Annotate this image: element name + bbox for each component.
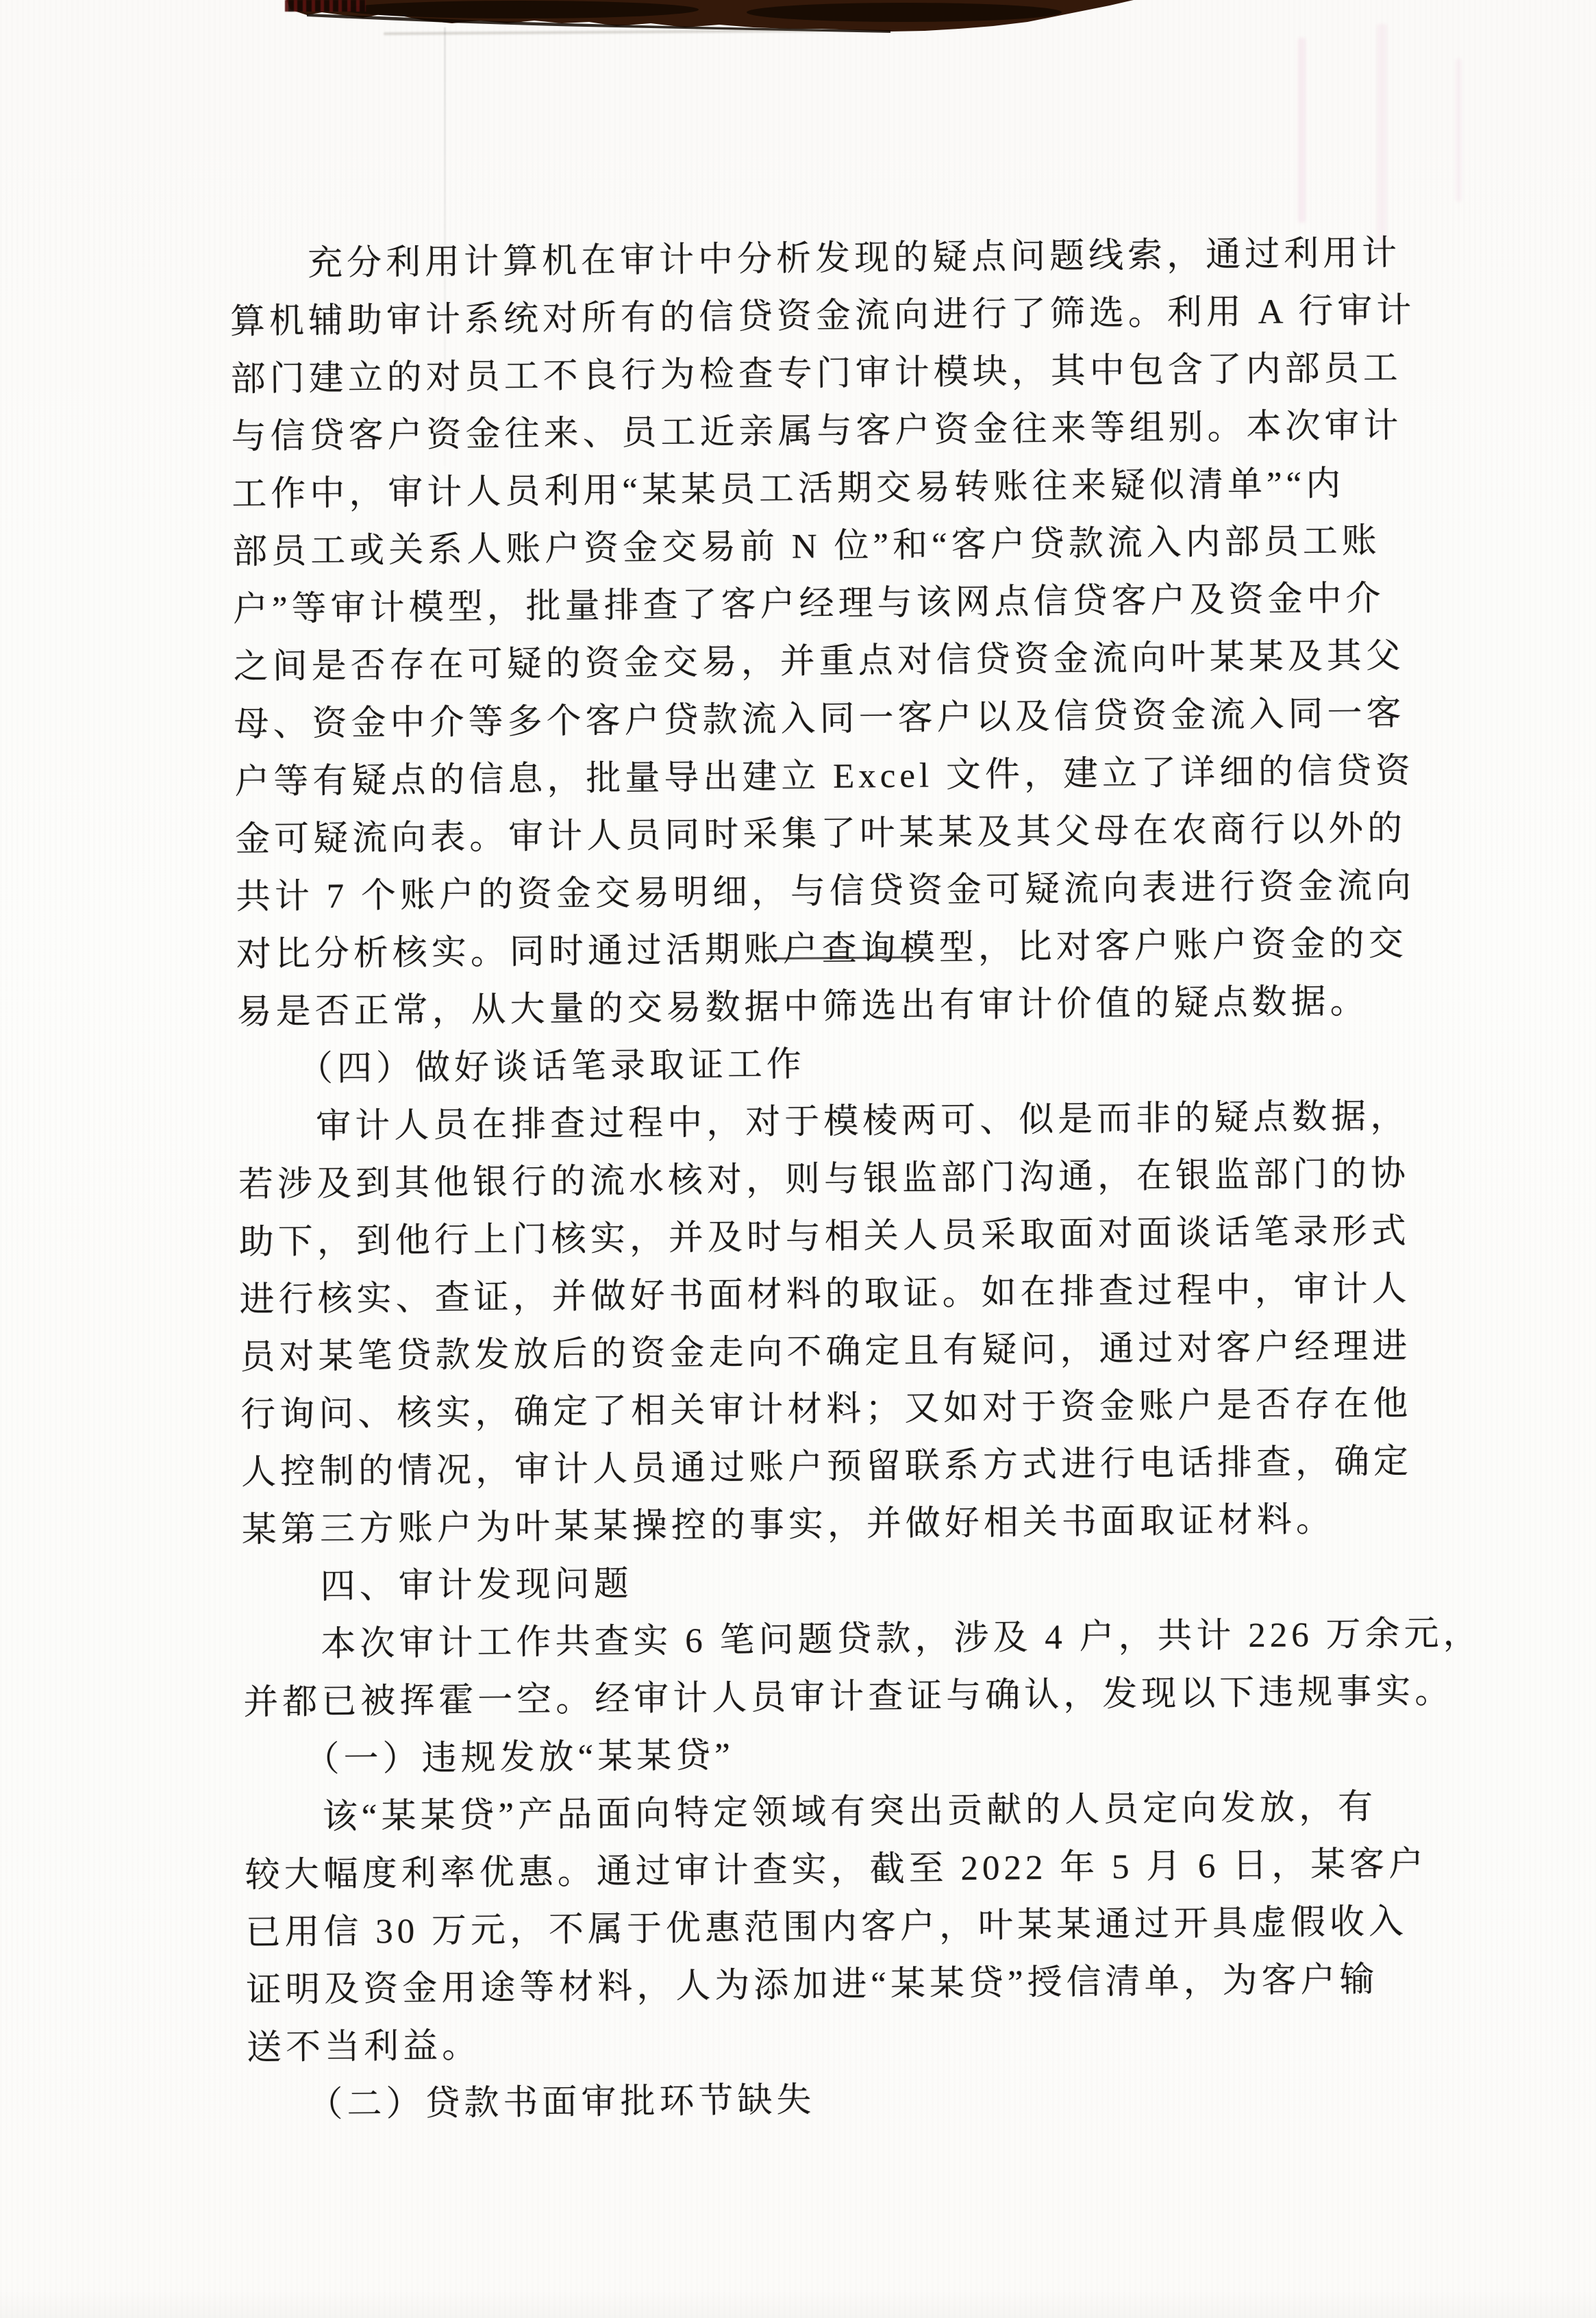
text-line: 户”等审计模型，批量排查了客户经理与该网点信贷客户及资金中介	[233, 570, 1414, 639]
text-line: 算机辅助审计系统对所有的信贷资金流向进行了筛选。利用 A 行审计	[230, 282, 1412, 351]
text-line: 已用信 30 万元，不属于优惠范围内客户，叶某某通过开具虚假收入	[245, 1893, 1427, 1962]
text-line: 助下，到他行上门核实，并及时与相关人员采取面对面谈话笔录形式	[238, 1203, 1420, 1272]
text-line: 户等有疑点的信息，批量导出建立 Excel 文件，建立了详细的信贷资	[234, 743, 1416, 812]
heading-line-finding-2: （二）贷款书面审批环节缺失	[247, 2066, 1429, 2135]
pink-scan-streak	[1377, 24, 1387, 250]
text-line: 某第三方账户为叶某某操控的事实，并做好相关书面取证材料。	[241, 1491, 1423, 1560]
pink-scan-streak	[1456, 58, 1462, 202]
scan-blob-artifact	[0, 0, 1596, 89]
text-line: 送不当利益。	[247, 2008, 1428, 2078]
text-line: 金可疑流向表。审计人员同时采集了叶某某及其父母在农商行以外的	[235, 800, 1417, 869]
bottom-page-shading	[0, 2291, 1596, 2318]
scanned-document-page: 充分利用计算机在审计中分析发现的疑点问题线索，通过利用计 算机辅助审计系统对所有…	[0, 0, 1596, 2318]
text-line: 本次审计工作共查实 6 笔问题贷款，涉及 4 户，共计 226 万余元，	[242, 1606, 1424, 1675]
text-line: 之间是否存在可疑的资金交易，并重点对信贷资金流向叶某某及其父	[233, 627, 1414, 697]
text-line: 与信贷客户资金往来、员工近亲属与客户资金往来等组别。本次审计	[231, 397, 1412, 466]
text-line: 进行核实、查证，并做好书面材料的取证。如在排查过程中，审计人	[239, 1260, 1421, 1330]
text-line: 对比分析核实。同时通过活期账户查询模型，比对客户账户资金的交	[236, 915, 1417, 984]
scan-blob-dark-spot	[747, 3, 1062, 22]
text-line: 母、资金中介等多个客户贷款流入同一客户以及信贷资金流入同一客	[234, 685, 1415, 754]
text-line: 若涉及到其他银行的流水核对，则与银监部门沟通，在银监部门的协	[238, 1145, 1420, 1214]
heading-line-chapter-4: 四、审计发现问题	[242, 1548, 1423, 1617]
text-line: 行询问、核实，确定了相关审计材料；又如对于资金账户是否存在他	[240, 1375, 1422, 1445]
text-line: 工作中，审计人员利用“某某员工活期交易转账往来疑似清单”“内	[232, 455, 1413, 524]
text-line: 并都已被挥霍一空。经审计人员审计查证与确认，发现以下违规事实。	[243, 1663, 1425, 1732]
text-line: 充分利用计算机在审计中分析发现的疑点问题线索，通过利用计	[229, 225, 1411, 294]
heading-line-section-4: （四）做好谈话笔录取证工作	[237, 1030, 1419, 1099]
text-line: 审计人员在排查过程中，对于模棱两可、似是而非的疑点数据，	[238, 1088, 1419, 1157]
text-line: 共计 7 个账户的资金交易明细，与信贷资金可疑流向表进行资金流向	[236, 858, 1417, 927]
scan-blob-dark-spot	[342, 1, 699, 18]
text-line: 部门建立的对员工不良行为检查专门审计模块，其中包含了内部员工	[230, 340, 1412, 409]
text-line: 员对某笔贷款发放后的资金走向不确定且有疑问，通过对客户经理进	[240, 1318, 1421, 1387]
text-line: 人控制的情况，审计人员通过账户预留联系方式进行电话排查，确定	[241, 1433, 1423, 1502]
text-line: 部员工或关系人账户资金交易前 N 位”和“客户贷款流入内部员工账	[232, 512, 1414, 582]
heading-line-finding-1: （一）违规发放“某某贷”	[244, 1721, 1425, 1790]
scan-stripe-artifact	[285, 0, 366, 12]
text-line: 较大幅度利率优惠。通过审计查实，截至 2022 年 5 月 6 日，某客户	[245, 1836, 1426, 1905]
text-line: 易是否正常，从大量的交易数据中筛选出有审计价值的疑点数据。	[236, 973, 1418, 1042]
text-line: 该“某某贷”产品面向特定领域有突出贡献的人员定向发放，有	[245, 1778, 1426, 1847]
pink-scan-streak	[1298, 38, 1306, 223]
document-body-text: 充分利用计算机在审计中分析发现的疑点问题线索，通过利用计 算机辅助审计系统对所有…	[229, 225, 1429, 2134]
text-line: 证明及资金用途等材料，人为添加进“某某贷”授信清单，为客户输	[246, 1951, 1427, 2020]
